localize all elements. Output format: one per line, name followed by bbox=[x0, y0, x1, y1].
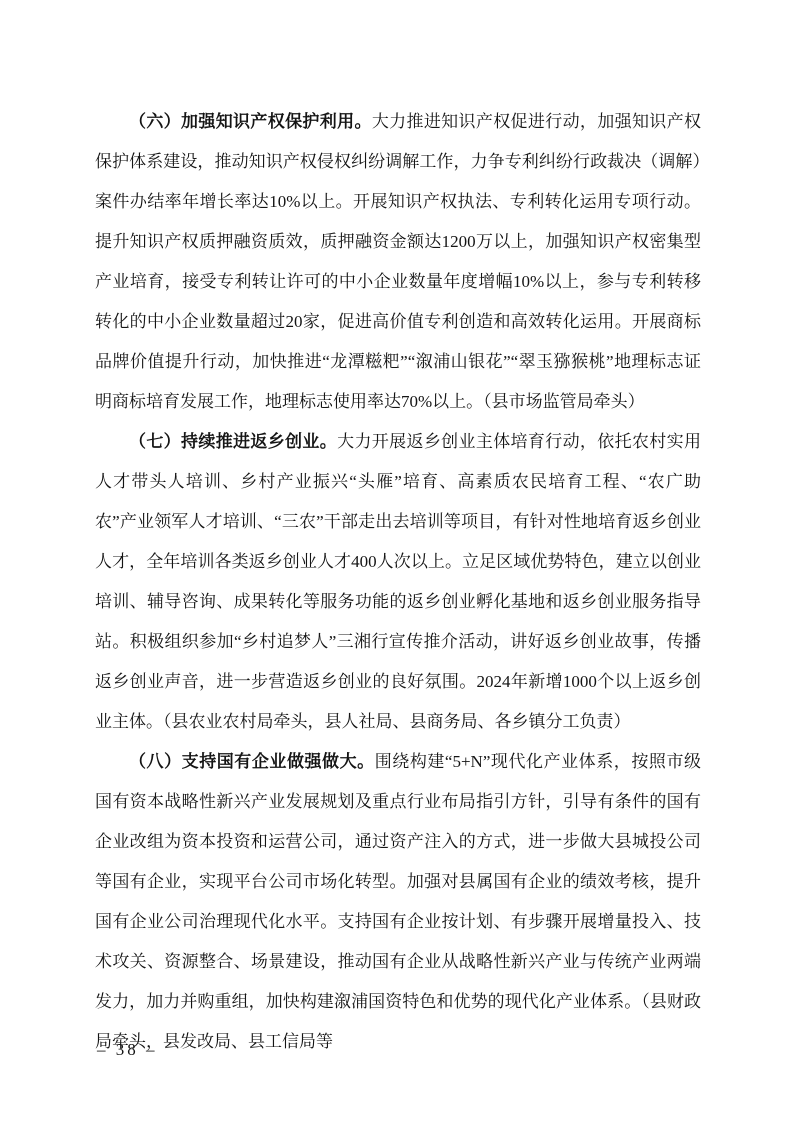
paragraph-item-6: （六）加强知识产权保护利用。大力推进知识产权促进行动，加强知识产权保护体系建设，… bbox=[95, 102, 701, 422]
paragraph-item-8: （八）支持国有企业做强做大。围绕构建“5+N”现代化产业体系，按照市级国有资本战… bbox=[95, 742, 701, 1062]
paragraph-8-text: 围绕构建“5+N”现代化产业体系，按照市级国有资本战略性新兴产业发展规划及重点行… bbox=[95, 752, 701, 1051]
paragraph-7-text: 大力开展返乡创业主体培育行动，依托农村实用人才带头人培训、乡村产业振兴“头雁”培… bbox=[95, 432, 701, 731]
paragraph-6-heading: （六）加强知识产权保护利用。 bbox=[129, 112, 372, 131]
paragraph-7-heading: （七）持续推进返乡创业。 bbox=[129, 432, 337, 451]
page-number: – 38 – bbox=[97, 1038, 158, 1062]
paragraph-item-7: （七）持续推进返乡创业。大力开展返乡创业主体培育行动，依托农村实用人才带头人培训… bbox=[95, 422, 701, 742]
paragraph-6-text: 大力推进知识产权促进行动，加强知识产权保护体系建设，推动知识产权侵权纠纷调解工作… bbox=[95, 112, 701, 411]
paragraph-8-heading: （八）支持国有企业做强做大。 bbox=[129, 752, 375, 771]
document-body: （六）加强知识产权保护利用。大力推进知识产权促进行动，加强知识产权保护体系建设，… bbox=[95, 102, 701, 1062]
document-page: （六）加强知识产权保护利用。大力推进知识产权促进行动，加强知识产权保护体系建设，… bbox=[0, 0, 793, 1122]
